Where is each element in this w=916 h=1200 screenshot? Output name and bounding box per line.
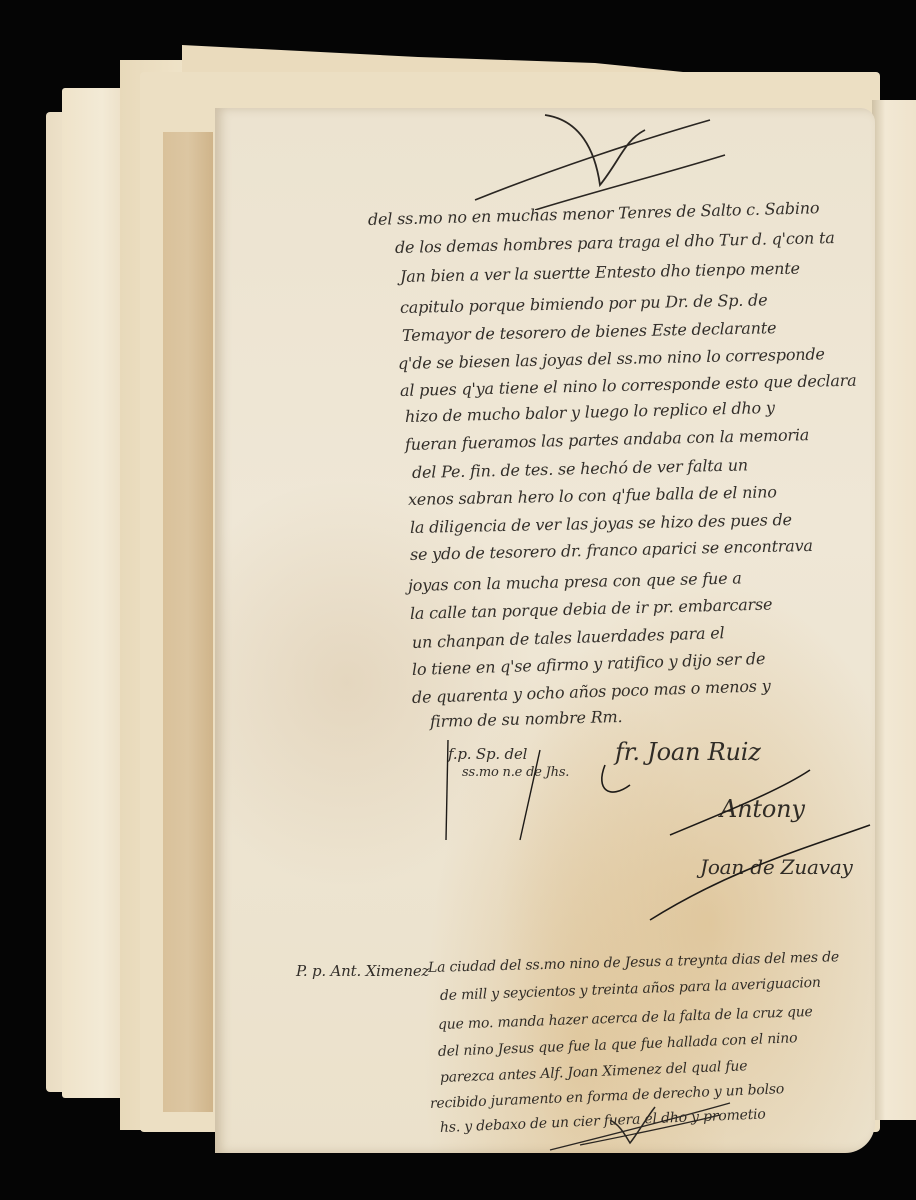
header-flourish-icon (470, 100, 730, 210)
margin-note: P. p. Ant. Ximenez (296, 962, 429, 980)
signature-flourishes-icon (430, 730, 890, 930)
footer-flourish-icon (540, 1095, 740, 1155)
tan-page-strip (163, 132, 213, 1112)
right-page-edge (872, 100, 916, 1120)
